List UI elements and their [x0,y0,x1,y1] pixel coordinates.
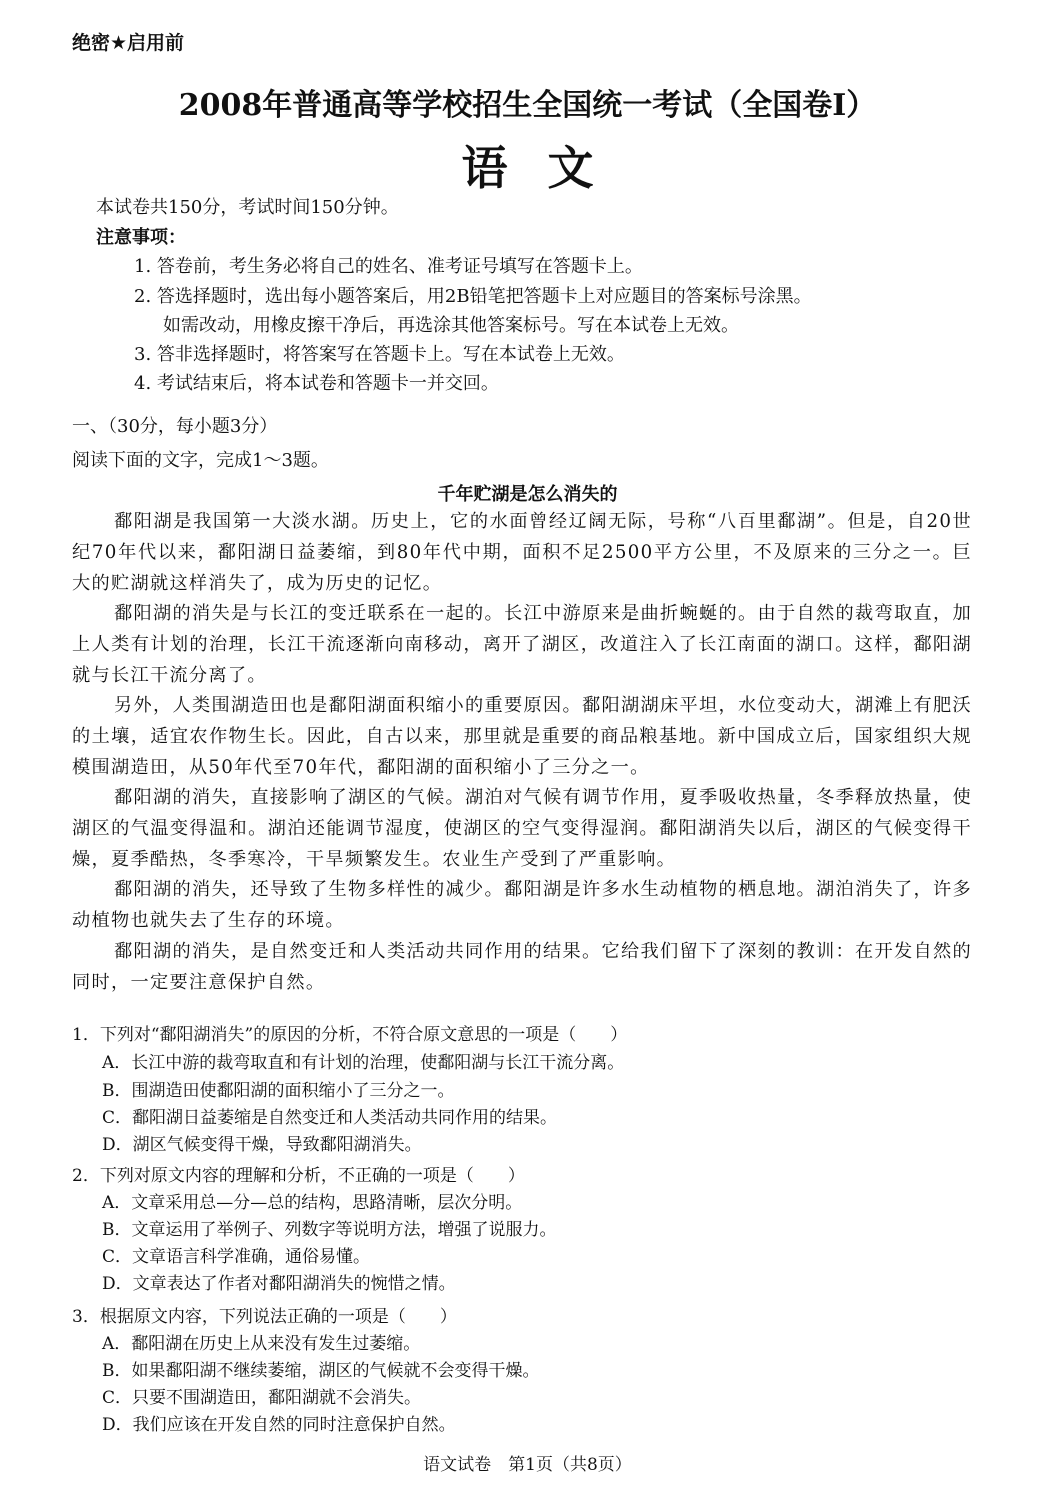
passage-paragraph: 鄱阳湖的消失，是自然变迁和人类活动共同作用的结果。它给我们留下了深刻的教训：在开… [72,937,972,999]
section-heading: 一、（30分，每小题3分） [72,412,277,441]
question-option: B．文章运用了举例子、列数字等说明方法，增强了说服力。 [102,1217,557,1244]
notice-heading: 注意事项： [96,223,186,252]
question-stem: 3．根据原文内容，下列说法正确的一项是（ ） [72,1304,457,1331]
notice-item: 4. 考试结束后，将本试卷和答题卡一并交回。 [134,369,499,398]
exam-summary: 本试卷共150分，考试时间150分钟。 [96,193,399,222]
section-instruction: 阅读下面的文字，完成1～3题。 [72,446,329,475]
question-option: C．文章语言科学准确，通俗易懂。 [102,1244,370,1271]
passage-paragraph: 鄱阳湖的消失，直接影响了湖区的气候。湖泊对气候有调节作用，夏季吸收热量，冬季释放… [72,783,972,875]
notice-item: 1. 答卷前，考生务必将自己的姓名、准考证号填写在答题卡上。 [134,252,643,281]
notice-item: 3. 答非选择题时，将答案写在答题卡上。写在本试卷上无效。 [134,340,625,369]
passage-title: 千年贮湖是怎么消失的 [0,480,1055,506]
question-option: A．长江中游的裁弯取直和有计划的治理，使鄱阳湖与长江干流分离。 [102,1050,624,1077]
subject-title: 语文 [0,132,1055,198]
notice-item: 2. 答选择题时，选出每小题答案后，用2B铅笔把答题卡上对应题目的答案标号涂黑。 [134,282,812,311]
exam-title: 2008年普通高等学校招生全国统一考试（全国卷Ⅰ） [0,80,1055,124]
question-option: D．文章表达了作者对鄱阳湖消失的惋惜之情。 [102,1271,456,1298]
question-stem: 1．下列对“鄱阳湖消失”的原因的分析，不符合原文意思的一项是（ ） [72,1022,627,1049]
passage-paragraph: 鄱阳湖的消失，还导致了生物多样性的减少。鄱阳湖是许多水生动植物的栖息地。湖泊消失… [72,875,972,937]
question-option: D．湖区气候变得干燥，导致鄱阳湖消失。 [102,1132,422,1159]
question-option: B．如果鄱阳湖不继续萎缩，湖区的气候就不会变得干燥。 [102,1358,540,1385]
passage-paragraph: 鄱阳湖的消失是与长江的变迁联系在一起的。长江中游原来是曲折蜿蜒的。由于自然的裁弯… [72,599,972,691]
question-option: A．文章采用总—分—总的结构，思路清晰，层次分明。 [102,1190,522,1217]
question-option: A．鄱阳湖在历史上从来没有发生过萎缩。 [102,1331,420,1358]
passage-paragraph: 另外，人类围湖造田也是鄱阳湖面积缩小的重要原因。鄱阳湖湖床平坦，水位变动大，湖滩… [72,691,972,783]
confidential-label: 绝密★启用前 [72,28,184,55]
notice-item-continued: 如需改动，用橡皮擦干净后，再选涂其他答案标号。写在本试卷上无效。 [163,311,739,340]
question-option: C．鄱阳湖日益萎缩是自然变迁和人类活动共同作用的结果。 [102,1105,557,1132]
page-footer: 语文试卷 第1页（共8页） [0,1450,1055,1475]
question-option: C．只要不围湖造田，鄱阳湖就不会消失。 [102,1385,421,1412]
passage-paragraph: 鄱阳湖是我国第一大淡水湖。历史上，它的水面曾经辽阔无际，号称“八百里鄱湖”。但是… [72,507,972,599]
question-option: B．围湖造田使鄱阳湖的面积缩小了三分之一。 [102,1078,455,1105]
question-option: D．我们应该在开发自然的同时注意保护自然。 [102,1412,456,1439]
question-stem: 2．下列对原文内容的理解和分析，不正确的一项是（ ） [72,1163,525,1190]
